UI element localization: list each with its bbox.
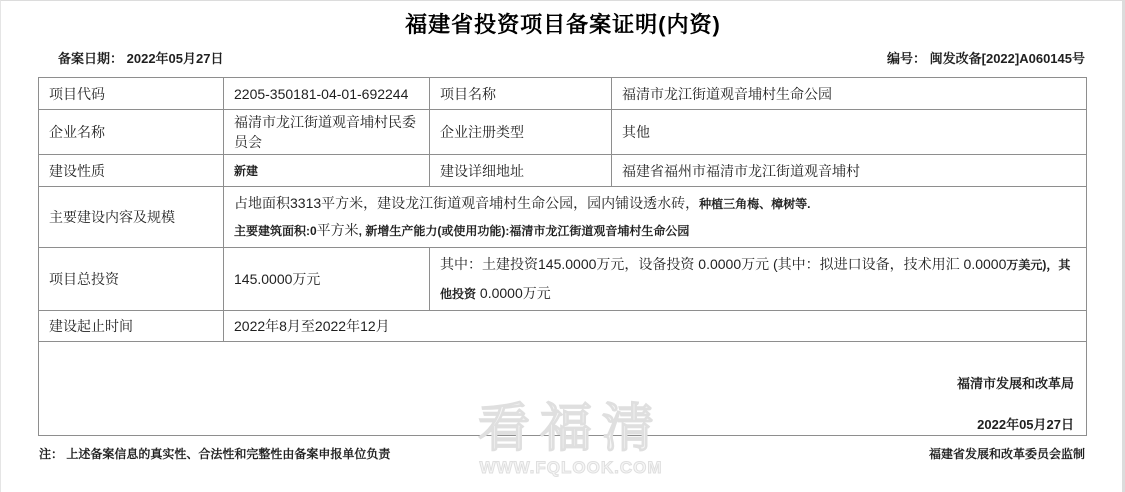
- total-investment-label: 项目总投资: [39, 248, 224, 311]
- main-content-line1-normal: 占地面积3313平方米，建设龙江街道观音埔村生命公园，园内铺设透水砖，: [234, 195, 699, 211]
- total-investment-value: 145.0000万元: [224, 248, 430, 311]
- page-title: 福建省投资项目备案证明(内资): [1, 8, 1125, 39]
- project-name-label: 项目名称: [430, 78, 612, 110]
- construction-address-label: 建设详细地址: [430, 155, 612, 187]
- table-row: 项目代码 2205-350181-04-01-692244 项目名称 福清市龙江…: [39, 78, 1087, 110]
- table-row: 福清市发展和改革局 2022年05月27日: [39, 342, 1087, 436]
- table-row: 企业名称 福清市龙江街道观音埔村民委员会 企业注册类型 其他: [39, 110, 1087, 155]
- meta-row: 备案日期： 2022年05月27日 编号： 闽发改备[2022]A060145号: [1, 48, 1125, 67]
- main-content-line2-normal: 平方米: [317, 222, 359, 238]
- investment-detail-normal2: 0.0000万元: [476, 285, 551, 301]
- project-code-label: 项目代码: [39, 78, 224, 110]
- table-row: 建设性质 新建 建设详细地址 福建省福州市福清市龙江街道观音埔村: [39, 155, 1087, 187]
- certificate-number-label: 编号：: [887, 51, 926, 66]
- construction-address-value: 福建省福州市福清市龙江街道观音埔村: [612, 155, 1087, 187]
- construction-period-label: 建设起止时间: [39, 311, 224, 342]
- company-reg-type-label: 企业注册类型: [430, 110, 612, 155]
- footer-row: 注： 上述备案信息的真实性、合法性和完整性由备案申报单位负责 福建省发展和改革委…: [39, 445, 1085, 462]
- table-row: 建设起止时间 2022年8月至2022年12月: [39, 311, 1087, 342]
- main-content-label: 主要建设内容及规模: [39, 187, 224, 248]
- filing-date-value: 2022年05月27日: [127, 51, 224, 66]
- certificate-page: { "page": { "title": "福建省投资项目备案证明(内资)", …: [0, 0, 1125, 492]
- investment-detail: 其中：土建投资145.0000万元，设备投资 0.0000万元 (其中：拟进口设…: [430, 248, 1087, 311]
- company-name-label: 企业名称: [39, 110, 224, 155]
- table-row: 主要建设内容及规模 占地面积3313平方米，建设龙江街道观音埔村生命公园，园内铺…: [39, 187, 1087, 248]
- main-content-value: 占地面积3313平方米，建设龙江街道观音埔村生命公园，园内铺设透水砖，种植三角梅…: [224, 187, 1087, 248]
- issue-date: 2022年05月27日: [49, 414, 1078, 433]
- project-name-value: 福清市龙江街道观音埔村生命公园: [612, 78, 1087, 110]
- footer-supervisor: 福建省发展和改革委员会监制: [929, 445, 1085, 462]
- certificate-number: 编号： 闽发改备[2022]A060145号: [887, 48, 1085, 67]
- main-content-line1-alt: 种植三角梅、樟树等.: [699, 197, 810, 211]
- main-content-line2-alt2: , 新增生产能力(或使用功能):福清市龙江街道观音埔村生命公园: [359, 224, 690, 238]
- main-content-line2: 主要建筑面积:0平方米, 新增生产能力(或使用功能):福清市龙江街道观音埔村生命…: [234, 217, 1078, 244]
- certificate-number-value: 闽发改备[2022]A060145号: [930, 51, 1085, 66]
- footer-note: 注： 上述备案信息的真实性、合法性和完整性由备案申报单位负责: [39, 445, 390, 462]
- construction-nature-value: 新建: [224, 155, 430, 187]
- investment-detail-normal1: 其中：土建投资145.0000万元，设备投资 0.0000万元 (其中：拟进口设…: [440, 256, 1006, 272]
- company-name-value: 福清市龙江街道观音埔村民委员会: [224, 110, 430, 155]
- issuing-authority: 福清市发展和改革局: [49, 373, 1078, 392]
- construction-nature-label: 建设性质: [39, 155, 224, 187]
- main-content-line2-alt1: 主要建筑面积:0: [234, 224, 317, 238]
- project-code-value: 2205-350181-04-01-692244: [224, 78, 430, 110]
- filing-date-label: 备案日期：: [58, 51, 123, 66]
- certificate-table: 项目代码 2205-350181-04-01-692244 项目名称 福清市龙江…: [38, 77, 1087, 436]
- construction-period-value: 2022年8月至2022年12月: [224, 311, 1087, 342]
- signature-cell: 福清市发展和改革局 2022年05月27日: [39, 342, 1087, 436]
- company-reg-type-value: 其他: [612, 110, 1087, 155]
- table-row: 项目总投资 145.0000万元 其中：土建投资145.0000万元，设备投资 …: [39, 248, 1087, 311]
- filing-date: 备案日期： 2022年05月27日: [58, 48, 223, 67]
- construction-nature-text: 新建: [234, 164, 258, 178]
- main-content-line1: 占地面积3313平方米，建设龙江街道观音埔村生命公园，园内铺设透水砖，种植三角梅…: [234, 190, 1078, 217]
